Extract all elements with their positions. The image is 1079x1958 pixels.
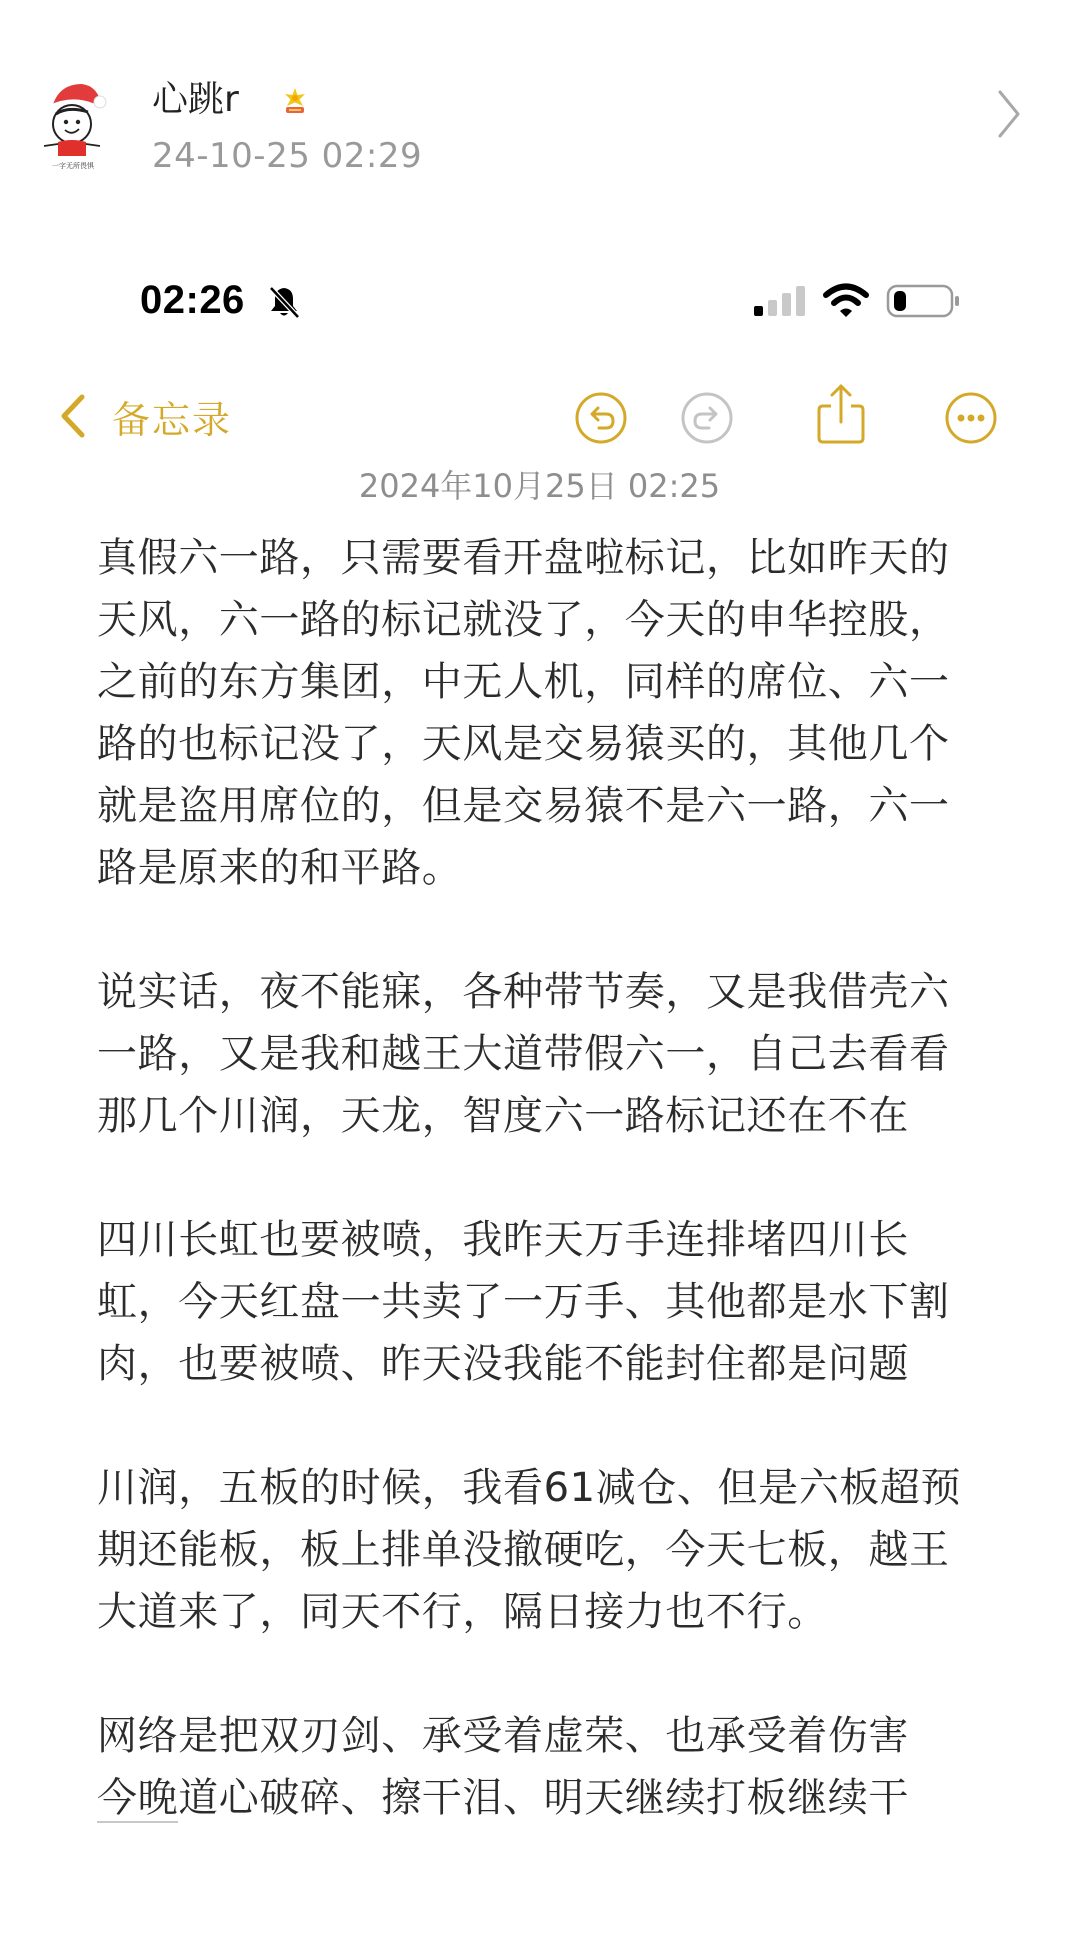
post-header: 一字无所畏惧 心跳r 24-10-25 02:29 — [0, 0, 1079, 200]
status-bar: 02:26 — [0, 270, 1079, 340]
note-line: 川润，五板的时候，我看61减仓、但是六板超预 — [97, 1457, 997, 1519]
note-line: 路的也标记没了，天风是交易猿买的，其他几个 — [97, 713, 997, 775]
share-icon — [813, 382, 869, 446]
note-line: 期还能板，板上排单没撤硬吃，今天七板，越王 — [97, 1519, 997, 1581]
paragraph-gap — [97, 899, 997, 961]
more-icon — [943, 390, 999, 446]
note-line-rest: 道心破碎、擦干泪、明天继续打板继续干 — [178, 1775, 909, 1821]
wifi-icon — [822, 282, 870, 320]
cellular-signal-icon — [752, 284, 808, 318]
note-date: 2024年10月25日 02:25 — [0, 466, 1079, 506]
note-line: 路是原来的和平路。 — [97, 837, 997, 899]
more-button[interactable] — [943, 390, 999, 446]
redo-button[interactable] — [679, 390, 735, 446]
note-line-last: 今晚道心破碎、擦干泪、明天继续打板继续干 — [97, 1767, 997, 1829]
note-line: 网络是把双刃剑、承受着虚荣、也承受着伤害 — [97, 1705, 997, 1767]
battery-low-icon — [886, 282, 962, 320]
chevron-left-icon — [56, 391, 90, 441]
paragraph-gap — [97, 1643, 997, 1705]
back-label: 备忘录 — [112, 389, 232, 444]
note-line: 虹，今天红盘一共卖了一万手、其他都是水下割 — [97, 1271, 997, 1333]
underlined-text: 今晚 — [97, 1775, 178, 1823]
paragraph-gap — [97, 1147, 997, 1209]
note-line: 说实话，夜不能寐，各种带节奏，又是我借壳六 — [97, 961, 997, 1023]
back-button[interactable]: 备忘录 — [56, 386, 232, 446]
note-line: 之前的东方集团，中无人机，同样的席位、六一 — [97, 651, 997, 713]
notes-toolbar: 备忘录 — [0, 370, 1079, 460]
note-paragraph: 网络是把双刃剑、承受着虚荣、也承受着伤害 今晚道心破碎、擦干泪、明天继续打板继续… — [97, 1705, 997, 1829]
paragraph-gap — [97, 1395, 997, 1457]
note-line: 四川长虹也要被喷，我昨天万手连排堵四川长 — [97, 1209, 997, 1271]
note-line: 那几个川润，天龙，智度六一路标记还在不在 — [97, 1085, 997, 1147]
note-body[interactable]: 真假六一路，只需要看开盘啦标记，比如昨天的 天风，六一路的标记就没了，今天的申华… — [97, 527, 997, 1829]
share-button[interactable] — [813, 382, 869, 446]
post-timestamp: 24-10-25 02:29 — [152, 136, 422, 176]
note-line: 一路，又是我和越王大道带假六一，自己去看看 — [97, 1023, 997, 1085]
avatar-cartoon-santa-icon: 一字无所畏惧 — [38, 78, 108, 174]
undo-button[interactable] — [573, 390, 629, 446]
note-paragraph: 真假六一路，只需要看开盘啦标记，比如昨天的 天风，六一路的标记就没了，今天的申华… — [97, 527, 997, 899]
note-line: 真假六一路，只需要看开盘啦标记，比如昨天的 — [97, 527, 997, 589]
note-line: 天风，六一路的标记就没了，今天的申华控股， — [97, 589, 997, 651]
note-paragraph: 川润，五板的时候，我看61减仓、但是六板超预 期还能板，板上排单没撤硬吃，今天七… — [97, 1457, 997, 1643]
note-paragraph: 四川长虹也要被喷，我昨天万手连排堵四川长 虹，今天红盘一共卖了一万手、其他都是水… — [97, 1209, 997, 1395]
vip-crown-badge-icon — [281, 86, 309, 116]
redo-icon — [679, 390, 735, 446]
bell-slash-icon — [266, 284, 302, 320]
chevron-right-icon[interactable] — [990, 86, 1026, 142]
svg-text:一字无所畏惧: 一字无所畏惧 — [52, 161, 94, 170]
note-line: 就是盗用席位的，但是交易猿不是六一路，六一 — [97, 775, 997, 837]
note-paragraph: 说实话，夜不能寐，各种带节奏，又是我借壳六 一路，又是我和越王大道带假六一，自己… — [97, 961, 997, 1147]
avatar[interactable]: 一字无所畏惧 — [38, 78, 108, 174]
note-line: 肉，也要被喷、昨天没我能不能封住都是问题 — [97, 1333, 997, 1395]
undo-icon — [573, 390, 629, 446]
status-time: 02:26 — [140, 276, 245, 324]
author-name[interactable]: 心跳r — [152, 78, 239, 122]
note-line: 大道来了，同天不行，隔日接力也不行。 — [97, 1581, 997, 1643]
